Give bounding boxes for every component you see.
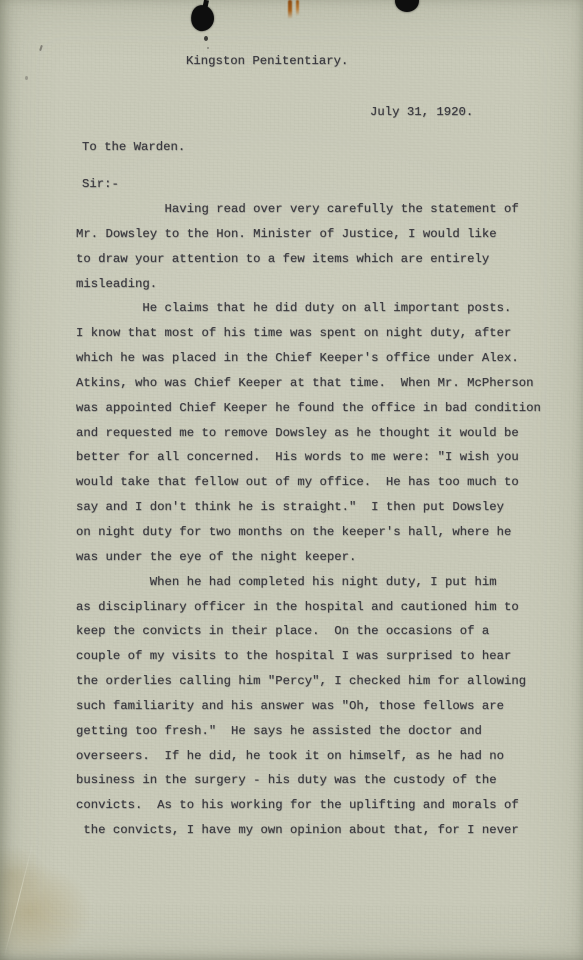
letter-body-line: would take that fellow out of my office.… <box>76 470 541 495</box>
letter-body-line: getting too fresh." He says he assisted … <box>76 719 541 744</box>
letter-body-line: better for all concerned. His words to m… <box>76 445 541 470</box>
letter-body-line: I know that most of his time was spent o… <box>76 321 541 346</box>
letter-body-line: and requested me to remove Dowsley as he… <box>76 421 541 446</box>
letterhead-title: Kingston Penitentiary. <box>186 54 348 68</box>
letter-recipient: To the Warden. <box>82 140 185 154</box>
letter-body-line: keep the convicts in their place. On the… <box>76 619 541 644</box>
letter-body-line: He claims that he did duty on all import… <box>76 296 541 321</box>
rust-stain-right <box>296 0 299 16</box>
letter-body-line: was under the eye of the night keeper. <box>76 545 541 570</box>
letter-body-line: which he was placed in the Chief Keeper'… <box>76 346 541 371</box>
ink-blot-right <box>395 0 419 12</box>
letter-date: July 31, 1920. <box>370 105 473 119</box>
paper-speck <box>25 76 28 80</box>
ink-blot-left <box>189 4 215 33</box>
letter-body-line: overseers. If he did, he took it on hims… <box>76 744 541 769</box>
letter-body-line: misleading. <box>76 272 541 297</box>
ink-blot-drip <box>204 36 208 41</box>
letter-body-line: such familiarity and his answer was "Oh,… <box>76 694 541 719</box>
letter-body-line: When he had completed his night duty, I … <box>76 570 541 595</box>
paper-speck <box>39 45 43 51</box>
letter-body-line: to draw your attention to a few items wh… <box>76 247 541 272</box>
letter-body-line: convicts. As to his working for the upli… <box>76 793 541 818</box>
letter-body-line: couple of my visits to the hospital I wa… <box>76 644 541 669</box>
letter-salutation: Sir:- <box>82 177 119 191</box>
letter-body-line: business in the surgery - his duty was t… <box>76 768 541 793</box>
rust-stain-left <box>288 0 292 19</box>
letter-body-line: Mr. Dowsley to the Hon. Minister of Just… <box>76 222 541 247</box>
letter-body-line: on night duty for two months on the keep… <box>76 520 541 545</box>
letter-body-line: Having read over very carefully the stat… <box>76 197 541 222</box>
letter-body-line: was appointed Chief Keeper he found the … <box>76 396 541 421</box>
letter-body-line: Atkins, who was Chief Keeper at that tim… <box>76 371 541 396</box>
scanned-letter-page: Kingston Penitentiary. July 31, 1920. To… <box>0 0 583 960</box>
letter-body-line: the convicts, I have my own opinion abou… <box>76 818 541 843</box>
paper-crease <box>3 842 33 959</box>
letter-body-line: the orderlies calling him "Percy", I che… <box>76 669 541 694</box>
paper-speck <box>207 47 209 49</box>
letter-body-line: say and I don't think he is straight." I… <box>76 495 541 520</box>
letter-body: Having read over very carefully the stat… <box>76 197 541 843</box>
letter-body-line: as disciplinary officer in the hospital … <box>76 595 541 620</box>
